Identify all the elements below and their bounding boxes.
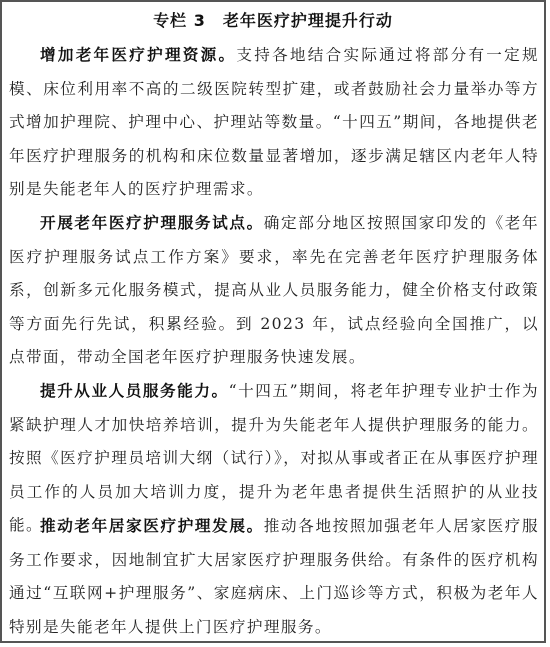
section-heading: 增加老年医疗护理资源。	[40, 45, 236, 64]
section-body: 支持各地结合实际通过将部分有一定规模、床位利用率不高的二级医院转型扩建，或者鼓励…	[9, 46, 539, 198]
section-heading: 推动老年居家医疗护理发展。	[40, 516, 264, 535]
column-title: 专栏 3 老年医疗护理提升行动	[2, 8, 544, 31]
section-increase-resources: 增加老年医疗护理资源。支持各地结合实际通过将部分有一定规模、床位利用率不高的二级…	[9, 38, 539, 207]
special-column-box: 专栏 3 老年医疗护理提升行动 增加老年医疗护理资源。支持各地结合实际通过将部分…	[0, 0, 546, 643]
section-heading: 开展老年医疗护理服务试点。	[40, 213, 264, 232]
section-body: 确定部分地区按照国家印发的《老年医疗护理服务试点工作方案》要求，率先在完善老年医…	[9, 214, 539, 366]
section-pilot-program: 开展老年医疗护理服务试点。确定部分地区按照国家印发的《老年医疗护理服务试点工作方…	[9, 206, 539, 375]
section-heading: 提升从业人员服务能力。	[40, 381, 229, 400]
section-home-care: 推动老年居家医疗护理发展。推动各地按照加强老年人居家医疗服务工作要求，因地制宜扩…	[9, 509, 539, 644]
